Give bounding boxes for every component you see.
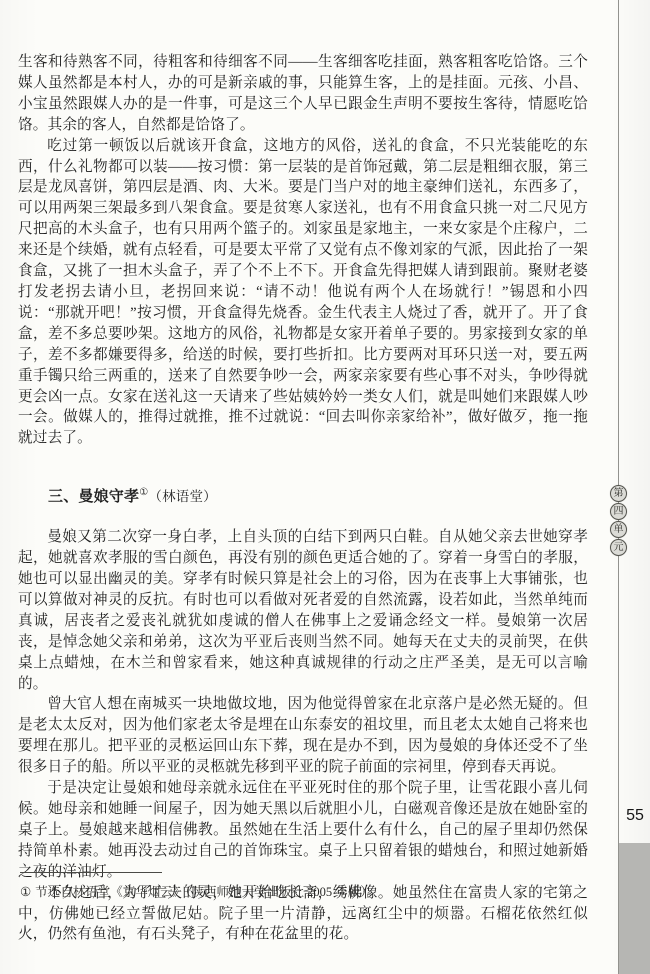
unit-badge-char-3: 单 [610, 521, 627, 538]
unit-badge-char-1: 第 [610, 485, 627, 502]
body-paragraph-burial-ground: 曾大官人想在南城买一块地做坟地，因为他觉得曾家在北京落户是必然无疑的。但是老太太… [18, 694, 588, 778]
main-text-column: 生客和待熟客不同，待粗客和待细客不同——生客细客吃挂面，熟客粗客吃饸饹。三个媒人… [18, 52, 588, 945]
body-paragraph-courtyard: 于是决定让曼娘和她母亲就永远住在平亚死时住的那个院子里，让雪花跟小喜儿伺候。她母… [18, 778, 588, 883]
unit-badge-char-4: 元 [610, 539, 627, 556]
body-paragraph-continuation: 生客和待熟客不同，待粗客和待细客不同——生客细客吃挂面，熟客粗客吃饸饹。三个媒人… [18, 52, 588, 136]
section-title: 三、曼娘守孝 [48, 489, 139, 505]
footnote-divider [20, 872, 162, 873]
footnote-ref-superscript: ① [139, 487, 148, 498]
section-author: （林语堂） [148, 489, 217, 504]
unit-badge-char-2: 四 [610, 503, 627, 520]
unit-tab: 第 四 单 元 [610, 485, 628, 556]
body-paragraph-mourning: 曼娘又第二次穿一身白孝，上自头顶的白结下到两只白鞋。自从她父亲去世她穿孝起，她就… [18, 527, 588, 694]
page-number: 55 [621, 807, 649, 825]
page-edge-gray-band [619, 843, 650, 974]
body-paragraph-food-boxes: 吃过第一顿饭以后就该开食盒，这地方的风俗，送礼的食盒，不只光装能吃的东西，什么礼… [18, 136, 588, 450]
book-page: { "document": { "paragraphs": [ "生客和待熟客不… [0, 0, 650, 974]
section-heading: 三、曼娘守孝①（林语堂） [18, 486, 588, 508]
footnote-marker: ① [20, 885, 31, 899]
footnote: ①节选自林语堂《京华烟云》（陕西师范大学出版社 2005 年版）。 [20, 884, 580, 901]
footnote-text: 节选自林语堂《京华烟云》（陕西师范大学出版社 2005 年版）。 [35, 885, 379, 899]
